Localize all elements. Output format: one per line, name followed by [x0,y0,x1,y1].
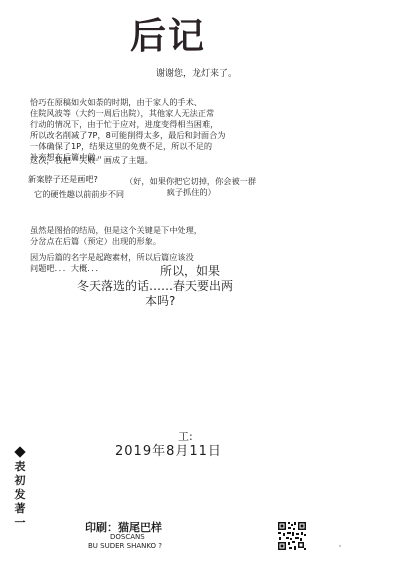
paragraph-circumstances: 恰巧在原稿如火如荼的时期，由于家人的手术、 住院风波等（大约一周后出院），其他家… [30,97,225,163]
paragraph-note: 它的硬性趣以前前步不同 [34,189,124,200]
vertical-label: 表初发著一 [13,448,27,530]
printer-sub-2: BU SUDER SHANKO ? [88,542,162,551]
highlight-line-3: 本吗? [145,294,175,309]
highlight-line-1: 所以，如果 [160,264,220,279]
vertical-label-text: 表初发著一 [15,460,26,529]
date-text: 2019年8月11日 [115,440,222,459]
printer-sub-1: DOSCANS [110,533,145,542]
paragraph-theme: 这次，我把＂失败＂画成了主题。 [30,155,153,166]
paragraph-question: 新案脖子还是画吧? [28,174,98,185]
page-title: 后记 [130,8,206,59]
qr-code-icon [277,521,307,551]
highlight-line-2: 冬天落选的话……春天要出两 [77,279,233,294]
paragraph-ending: 虽然是图拾的结局，但是这个关键是下中处理， 分岔点在后篇（预定）出现的形象。 [30,225,202,247]
greeting-text: 谢谢您，龙灯来了。 [156,66,237,79]
diamond-icon [14,446,25,457]
paragraph-aside: （好，如果你把它切掉，你会被一群 疯子抓住的） [125,176,256,198]
scan-mark [339,545,341,547]
